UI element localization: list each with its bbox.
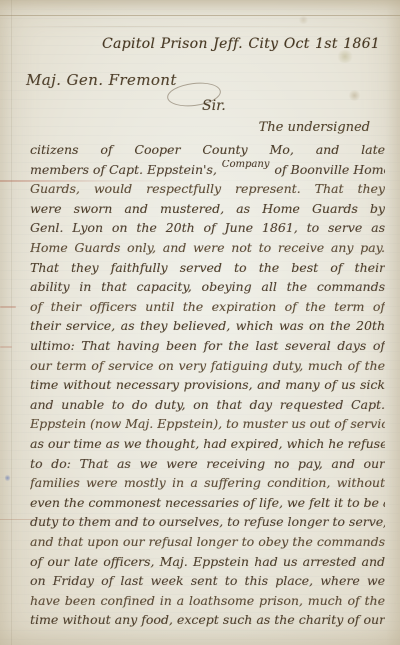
- letter-line: duty to them and to ourselves, to refuse…: [30, 512, 385, 532]
- letter-line: Home Guards only, and were not to receiv…: [30, 238, 385, 258]
- letter-line: as our time as we thought, had expired, …: [30, 434, 385, 454]
- letter-line: and unable to do duty, on that day reque…: [30, 395, 385, 415]
- foxing-stain: [298, 16, 309, 24]
- letter-line: Eppstein (now Maj. Eppstein), to muster …: [30, 414, 385, 434]
- letter-line: Guards, would respectfully represent. Th…: [30, 179, 385, 199]
- letter-line: and that upon our refusal longer to obey…: [30, 532, 385, 552]
- top-fold-crease: [0, 0, 400, 16]
- left-edge-crease-mark: [0, 346, 12, 348]
- letter-opening-line: The undersigned: [259, 120, 370, 135]
- letter-line: ability in that capacity, obeying all th…: [30, 277, 385, 297]
- letter-line: to do: That as we were receiving no pay,…: [30, 454, 385, 474]
- letter-line: Genl. Lyon on the 20th of June 1861, to …: [30, 218, 385, 238]
- letter-line: time without any food, except such as th…: [30, 610, 385, 630]
- foxing-stain: [348, 90, 361, 101]
- letter-line: members of Capt. Eppstein's, Company of …: [30, 160, 385, 180]
- letter-line: families were mostly in a suffering cond…: [30, 473, 385, 493]
- letter-scan-page: Capitol Prison Jeff. City Oct 1st 1861 M…: [0, 0, 400, 645]
- letter-line: on Friday of last week sent to this plac…: [30, 571, 385, 591]
- left-edge-crease-mark: [0, 306, 16, 308]
- letter-line: citizens of Cooper County Mo, and late: [30, 140, 385, 160]
- interlined-insertion: Company: [222, 160, 270, 170]
- letter-line: were sworn and mustered, as Home Guards …: [30, 199, 385, 219]
- letter-line: of our late officers, Maj. Eppstein had …: [30, 552, 385, 572]
- letter-addressee: Maj. Gen. Fremont: [26, 71, 177, 89]
- vertical-fold-crease: [11, 0, 12, 645]
- letter-line: of their officers until the expiration o…: [30, 297, 385, 317]
- blue-ink-speck: [5, 474, 10, 482]
- letter-dateline: Capitol Prison Jeff. City Oct 1st 1861: [102, 36, 380, 58]
- letter-line: time without necessary provisions, and m…: [30, 375, 385, 395]
- letter-line: our term of service on very fatiguing du…: [30, 356, 385, 376]
- letter-line: their service, as they believed, which w…: [30, 316, 385, 336]
- letter-line: That they faithfully served to the best …: [30, 258, 385, 278]
- letter-line: even the commonest necessaries of life, …: [30, 493, 385, 513]
- letter-line: ultimo: That having been for the last se…: [30, 336, 385, 356]
- top-fold-crease-secondary: [0, 26, 400, 27]
- letter-salutation: Sir.: [202, 98, 226, 114]
- letter-line: have been confined in a loathsome prison…: [30, 591, 385, 611]
